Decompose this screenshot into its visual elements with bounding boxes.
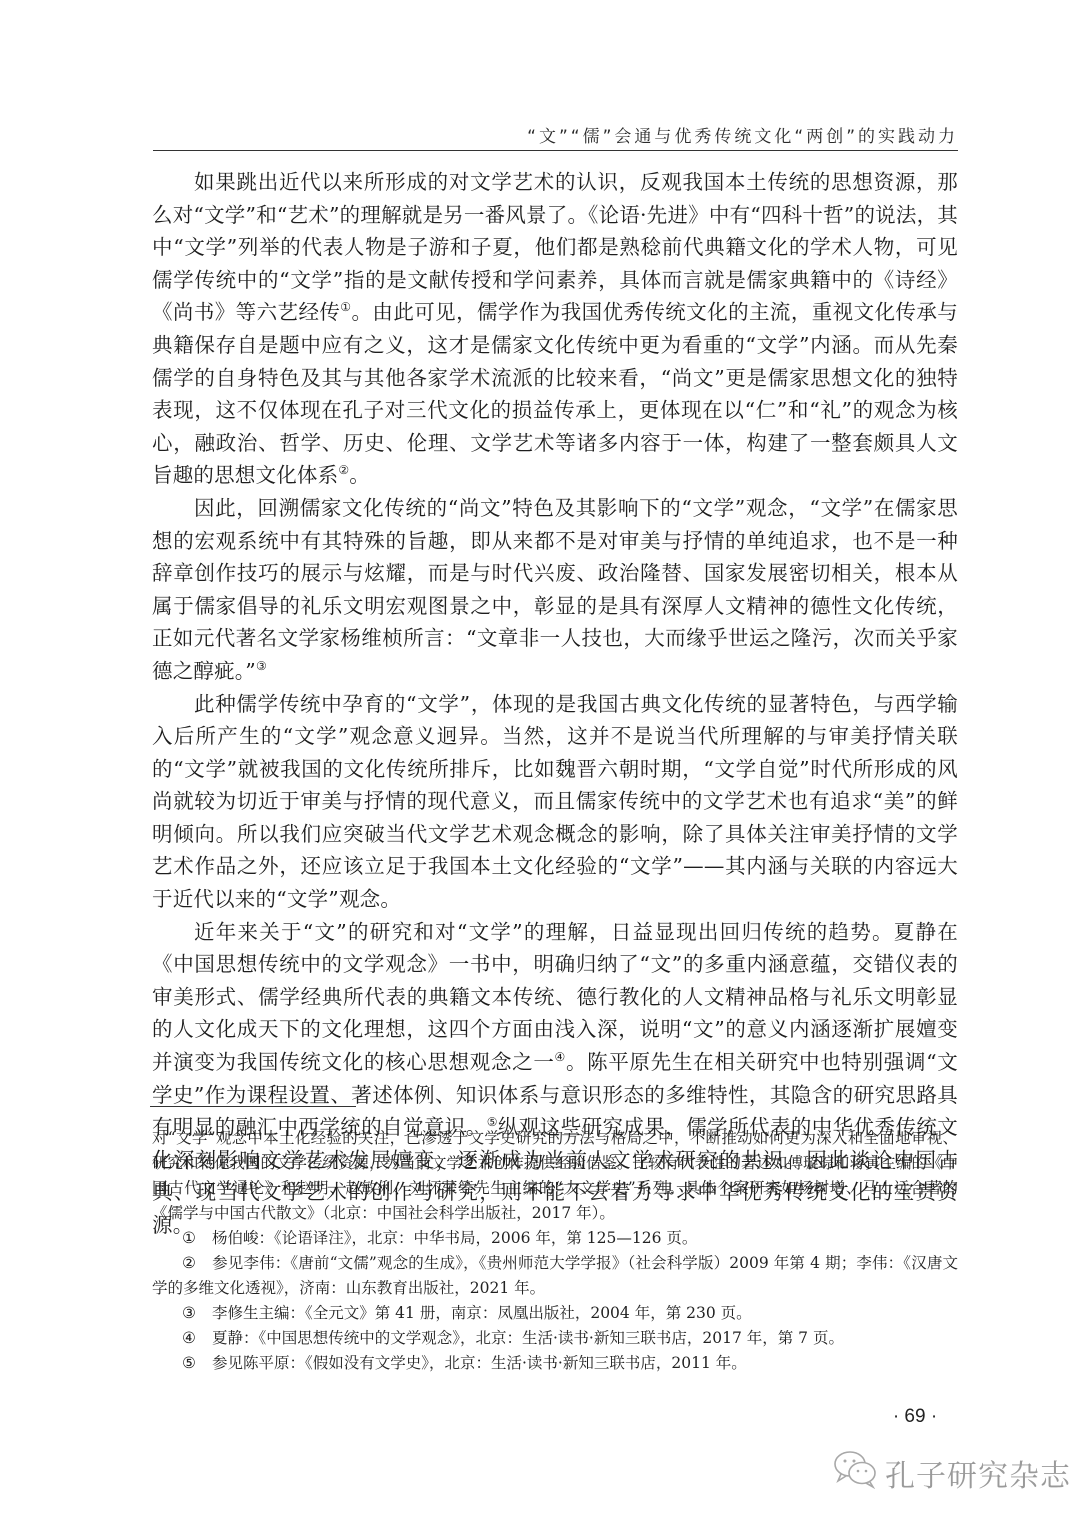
paragraph-text: 。由此可见，儒学作为我国优秀传统文化的主流，重视文化传承与典籍保存自是题中应有之… bbox=[152, 300, 958, 487]
paragraph-2: 因此，回溯儒家文化传统的“尚文”特色及其影响下的“文学”观念，“文学”在儒家思想… bbox=[152, 492, 958, 688]
footnote-text: 参见陈平原：《假如没有文学史》，北京：生活·读书·新知三联书店，2011 年。 bbox=[212, 1354, 747, 1372]
watermark-text: 孔子研究杂志 bbox=[885, 1451, 1071, 1495]
paragraph-3: 此种儒学传统中孕育的“文学”，体现的是我国古典文化传统的显著特色，与西学输入后所… bbox=[152, 688, 958, 916]
page-number: · 69 · bbox=[870, 1406, 960, 1428]
footnote-text: 夏静：《中国思想传统中的文学观念》，北京：生活·读书·新知三联书店，2017 年… bbox=[212, 1329, 844, 1347]
footnote-4: ④夏静：《中国思想传统中的文学观念》，北京：生活·读书·新知三联书店，2017 … bbox=[152, 1326, 958, 1351]
running-header: “文”“儒”会通与优秀传统文化“两创”的实践动力 bbox=[153, 124, 958, 150]
footnote-text: 李修生主编：《全元文》第 41 册，南京：凤凰出版社，2004 年，第 230 … bbox=[212, 1304, 752, 1322]
paragraph-text: 。 bbox=[349, 463, 370, 487]
footnote-separator bbox=[150, 1106, 356, 1107]
footnote-mark: ① bbox=[182, 1226, 212, 1251]
paragraph-text: 因此，回溯儒家文化传统的“尚文”特色及其影响下的“文学”观念，“文学”在儒家思想… bbox=[152, 496, 958, 683]
wechat-icon bbox=[833, 1449, 885, 1497]
footnote-mark: ③ bbox=[182, 1301, 212, 1326]
footnote-ref-2[interactable]: ② bbox=[338, 463, 349, 477]
footnote-ref-4[interactable]: ④ bbox=[555, 1050, 566, 1064]
footnote-continuation: 对“文学”观念中本土化经验的关注，已渗透于文学史研究的方法与格局之中，不断推动如… bbox=[152, 1126, 958, 1226]
footnote-mark: ⑤ bbox=[182, 1351, 212, 1376]
footnote-3: ③李修生主编：《全元文》第 41 册，南京：凤凰出版社，2004 年，第 230… bbox=[152, 1301, 958, 1326]
footnote-mark: ④ bbox=[182, 1326, 212, 1351]
paragraph-1: 如果跳出近代以来所形成的对文学艺术的认识，反观我国本土传统的思想资源，那么对“文… bbox=[152, 166, 958, 492]
body-text: 如果跳出近代以来所形成的对文学艺术的认识，反观我国本土传统的思想资源，那么对“文… bbox=[152, 166, 958, 1242]
header-rule bbox=[153, 150, 958, 151]
footnote-2: ②参见李伟：《唐前“文儒”观念的生成》，《贵州师范大学学报》（社会科学版）200… bbox=[152, 1251, 958, 1301]
footnote-ref-3[interactable]: ③ bbox=[256, 659, 267, 673]
footnote-ref-1[interactable]: ① bbox=[340, 300, 351, 314]
footnote-mark: ② bbox=[182, 1251, 212, 1276]
footnote-5: ⑤参见陈平原：《假如没有文学史》，北京：生活·读书·新知三联书店，2011 年。 bbox=[152, 1351, 958, 1376]
footnote-text: 参见李伟：《唐前“文儒”观念的生成》，《贵州师范大学学报》（社会科学版）2009… bbox=[152, 1254, 958, 1297]
footnote-text: 杨伯峻：《论语译注》，北京：中华书局，2006 年，第 125—126 页。 bbox=[212, 1229, 697, 1247]
footnotes: 对“文学”观念中本土化经验的关注，已渗透于文学史研究的方法与格局之中，不断推动如… bbox=[152, 1126, 958, 1376]
watermark: 孔子研究杂志 bbox=[833, 1448, 1071, 1498]
footnote-1: ①杨伯峻：《论语译注》，北京：中华书局，2006 年，第 125—126 页。 bbox=[152, 1226, 958, 1251]
